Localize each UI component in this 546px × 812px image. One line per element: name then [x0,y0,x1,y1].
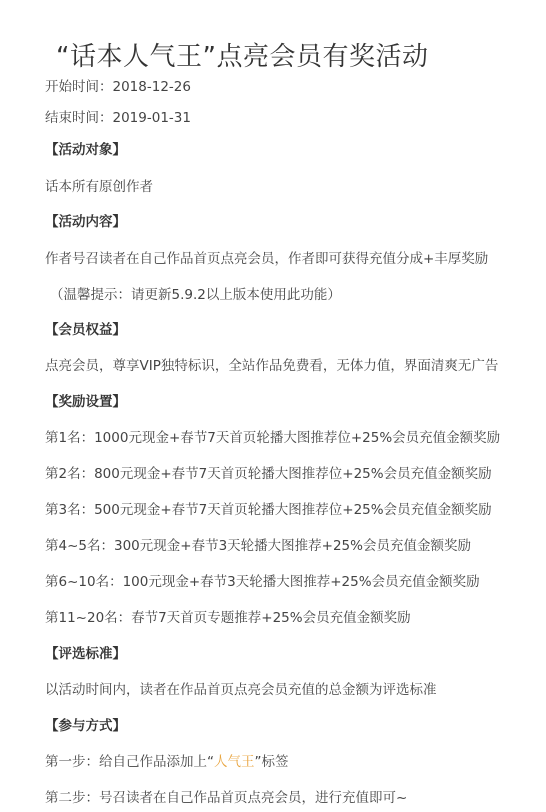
content-text: 作者号召读者在自己作品首页点亮会员，作者即可获得充值分成+丰厚奖励 [45,247,488,267]
benefits-text: 点亮会员，尊享VIP独特标识，全站作品免费看，无体力值，界面清爽无广告 [45,354,498,374]
section-heading-target: 【活动对象】 [45,138,126,158]
target-text: 话本所有原创作者 [45,175,153,195]
reward-item: 第1名：1000元现金+春节7天首页轮播大图推荐位+25%会员充值金额奖励 [45,426,500,446]
step-two: 第二步：号召读者在自己作品首页点亮会员，进行充值即可~ [45,786,407,806]
section-heading-content: 【活动内容】 [45,210,126,230]
reward-item: 第3名：500元现金+春节7天首页轮播大图推荐位+25%会员充值金额奖励 [45,498,492,518]
section-heading-benefits: 【会员权益】 [45,318,126,338]
section-heading-criteria: 【评选标准】 [45,642,126,662]
page-title: “话本人气王”点亮会员有奖活动 [56,36,428,73]
step-one-suffix: ”标签 [255,754,289,770]
reward-item: 第11~20名：春节7天首页专题推荐+25%会员充值金额奖励 [45,606,411,626]
reward-item: 第2名：800元现金+春节7天首页轮播大图推荐位+25%会员充值金额奖励 [45,462,492,482]
activity-article: “话本人气王”点亮会员有奖活动 开始时间：2018-12-26 结束时间：201… [0,0,546,812]
update-tip: （温馨提示：请更新5.9.2以上版本使用此功能） [50,283,341,303]
step-one-prefix: 第一步：给自己作品添加上“ [45,754,214,770]
end-time: 结束时间：2019-01-31 [45,106,191,126]
criteria-text: 以活动时间内，读者在作品首页点亮会员充值的总金额为评选标准 [45,678,437,698]
reward-item: 第6~10名：100元现金+春节3天轮播大图推荐+25%会员充值金额奖励 [45,570,480,590]
section-heading-rewards: 【奖励设置】 [45,390,126,410]
section-heading-participation: 【参与方式】 [45,714,126,734]
step-one: 第一步：给自己作品添加上“人气王”标签 [45,750,289,770]
reward-item: 第4~5名：300元现金+春节3天轮播大图推荐+25%会员充值金额奖励 [45,534,471,554]
tag-highlight: 人气王 [214,754,255,770]
start-time: 开始时间：2018-12-26 [45,75,191,95]
